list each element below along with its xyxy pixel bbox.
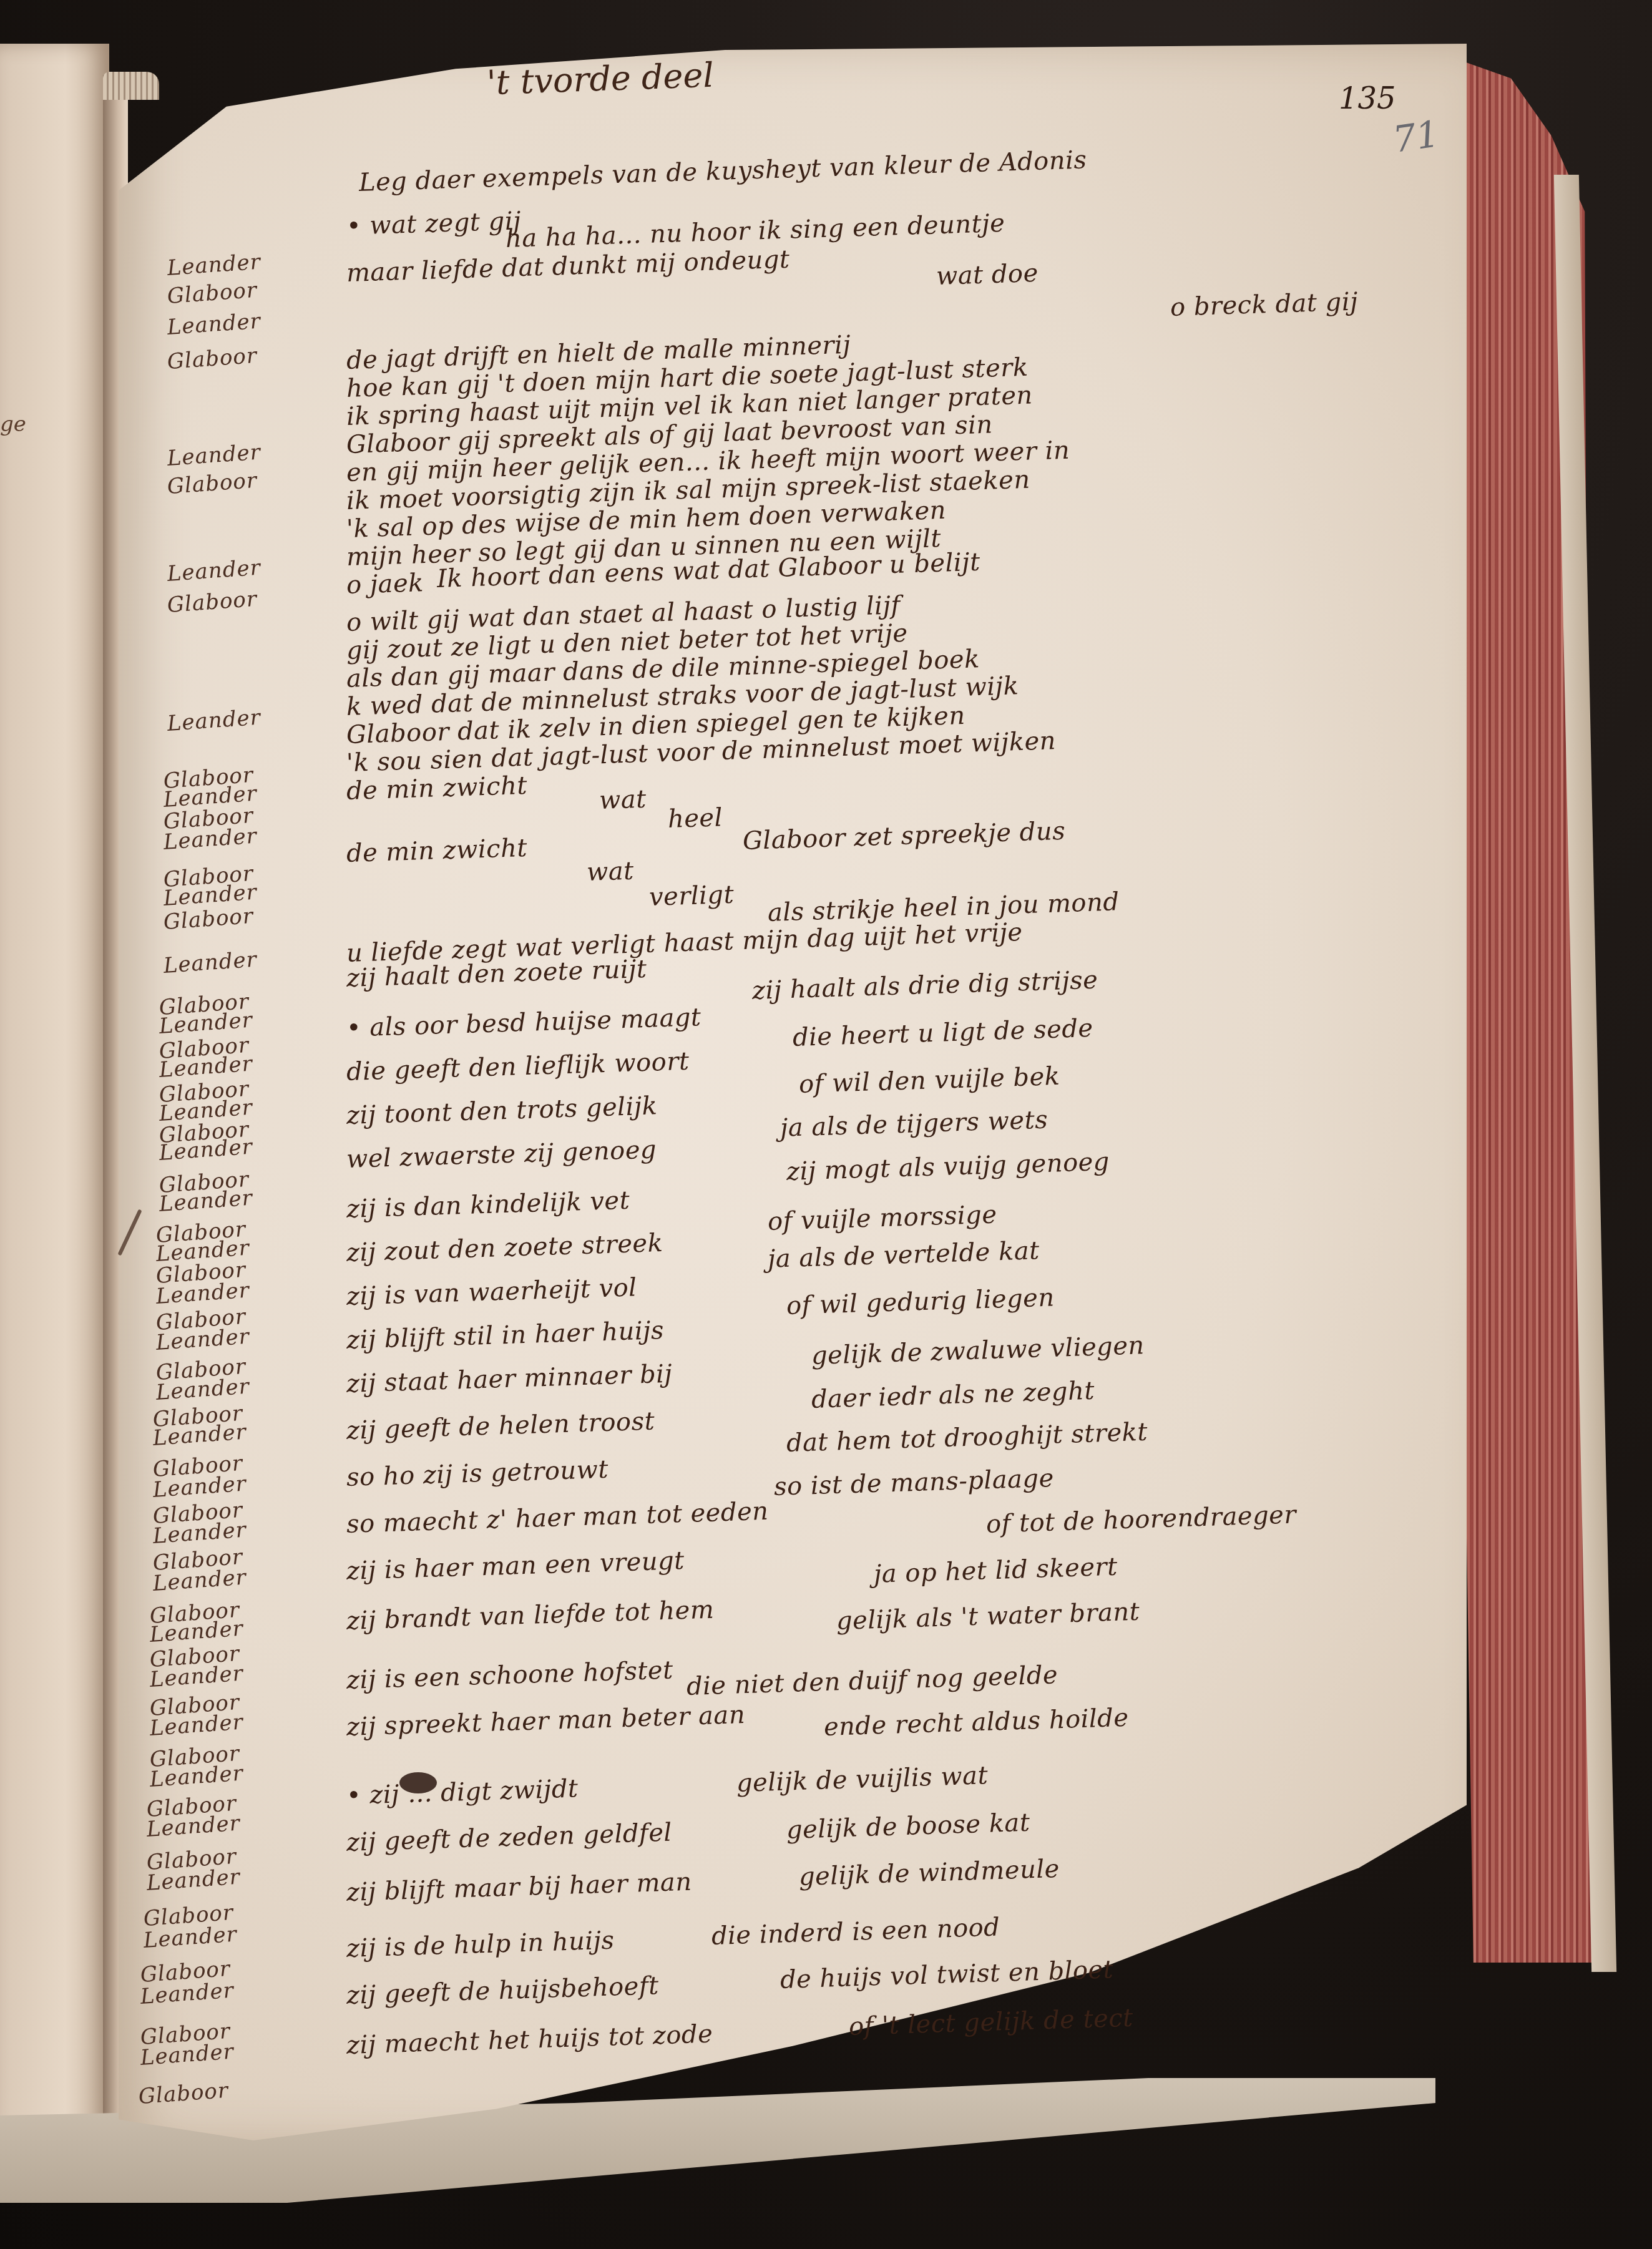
folio-number: 135: [1339, 81, 1396, 116]
verso-text-fragment: ge: [0, 412, 26, 437]
pencil-folio-number: 71: [1391, 112, 1442, 161]
left-verso-page-edge: ge: [0, 44, 109, 2190]
verse-line: o breck dat gij: [1170, 288, 1358, 322]
ink-blot: [399, 1772, 437, 1793]
page-header-title: 't tvorde deel: [486, 56, 715, 103]
verse-line: o jaek: [346, 568, 424, 600]
headband: [103, 72, 159, 100]
verse-line: de min zwicht: [346, 834, 527, 868]
verse-line: heel: [667, 803, 723, 834]
verse-line: de min zwicht: [346, 771, 527, 806]
verse-line: verligt: [648, 881, 735, 912]
verse-line: wat: [586, 857, 634, 887]
verse-line: wat: [599, 785, 647, 815]
verse-line: • wat zegt gij: [346, 207, 521, 241]
verse-line: wat doe: [936, 259, 1039, 291]
